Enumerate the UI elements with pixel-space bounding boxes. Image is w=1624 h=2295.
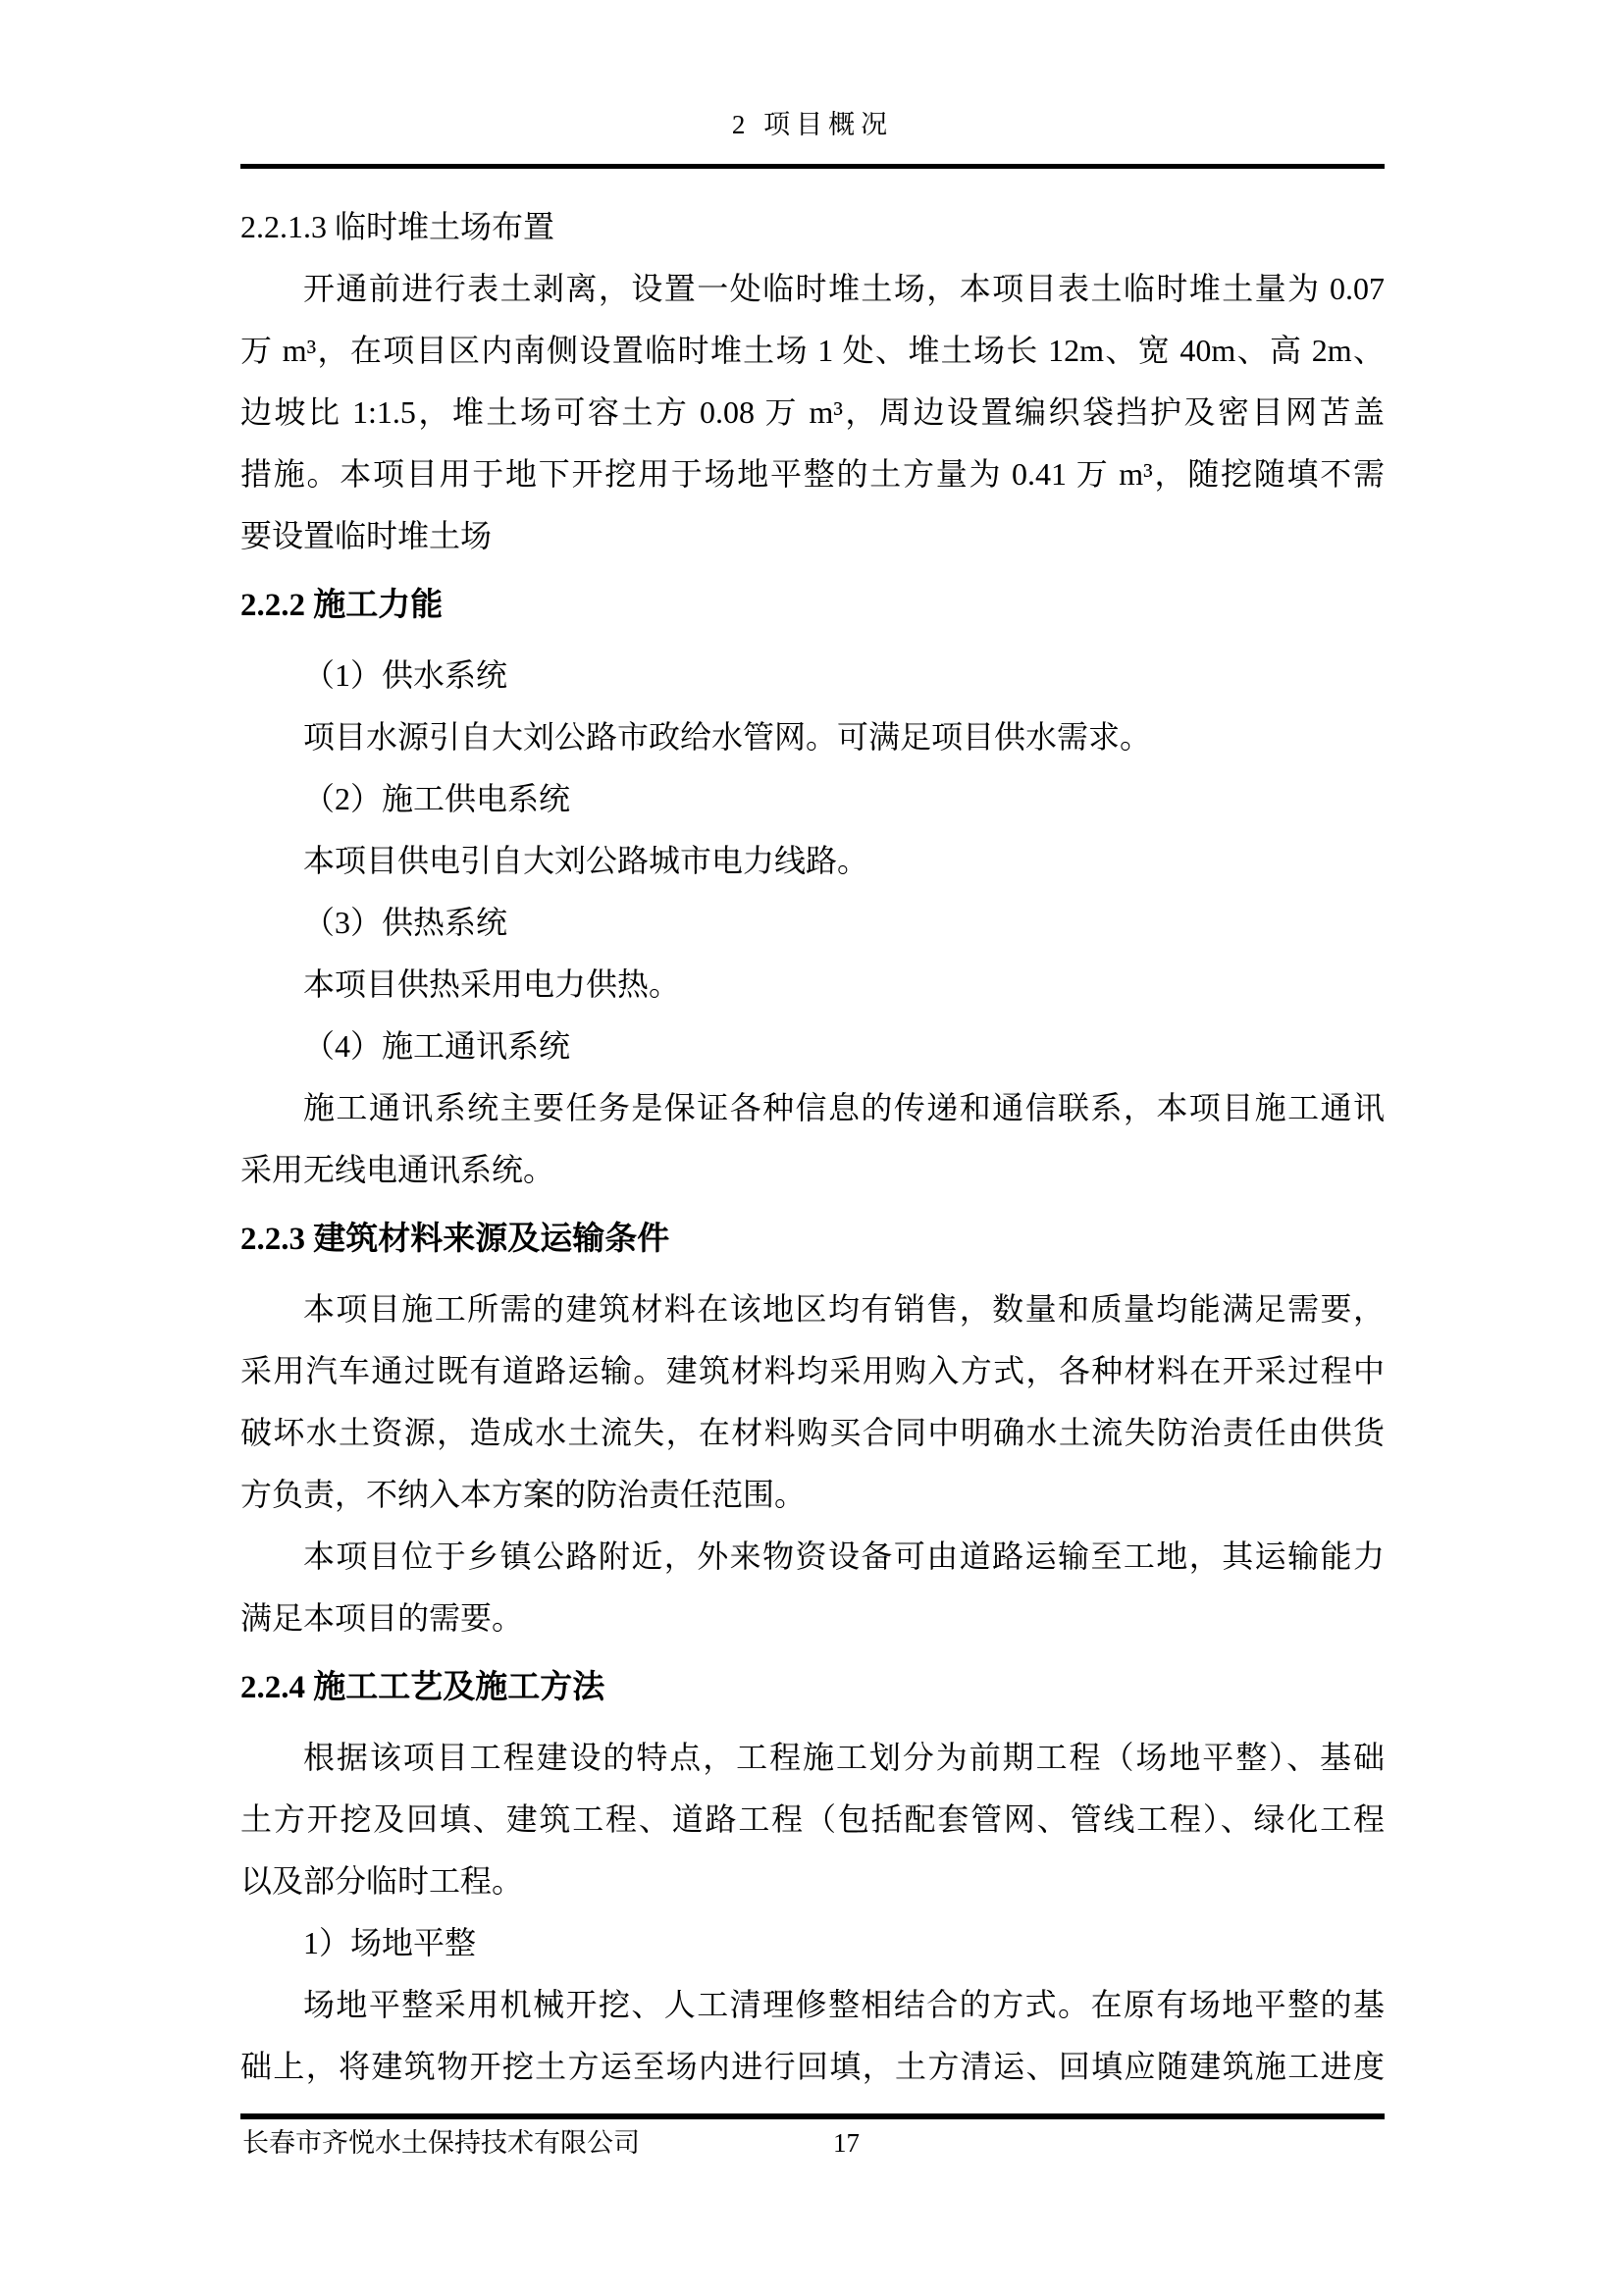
section-heading: 2.2.3 建筑材料来源及运输条件 — [240, 1209, 1385, 1271]
body-text-line: 1）场地平整 — [240, 1912, 1385, 1974]
section-heading: 2.2.2 施工力能 — [240, 575, 1385, 637]
document-body: 2.2.1.3 临时堆土场布置开通前进行表土剥离，设置一处临时堆土场，本项目表土… — [240, 196, 1385, 2098]
body-text-line: 采用无线电通讯系统。 — [240, 1139, 1385, 1201]
body-text-line: 破坏水土资源，造成水土流失，在材料购买合同中明确水土流失防治责任由供货 — [240, 1402, 1385, 1464]
body-text-line: （2）施工供电系统 — [240, 768, 1385, 830]
body-text-line: （1）供水系统 — [240, 645, 1385, 706]
body-text-line: 本项目位于乡镇公路附近，外来物资设备可由道路运输至工地，其运输能力 — [240, 1526, 1385, 1588]
body-text-line: 本项目施工所需的建筑材料在该地区均有销售，数量和质量均能满足需要， — [240, 1278, 1385, 1340]
body-text-line: （4）施工通讯系统 — [240, 1016, 1385, 1077]
body-text-line: 满足本项目的需要。 — [240, 1588, 1385, 1649]
body-text-line: 础上，将建筑物开挖土方运至场内进行回填，土方清运、回填应随建筑施工进度 — [240, 2036, 1385, 2098]
chapter-header: 2 项目概况 — [240, 108, 1385, 141]
section-heading: 2.2.4 施工工艺及施工方法 — [240, 1657, 1385, 1719]
body-text-line: 以及部分临时工程。 — [240, 1851, 1385, 1912]
body-text-line: 措施。本项目用于地下开挖用于场地平整的土方量为 0.41 万 m³，随挖随填不需 — [240, 443, 1385, 505]
body-text-line: 万 m³，在项目区内南侧设置临时堆土场 1 处、堆土场长 12m、宽 40m、高… — [240, 320, 1385, 382]
body-text-line: 土方开挖及回填、建筑工程、道路工程（包括配套管网、管线工程）、绿化工程 — [240, 1789, 1385, 1851]
body-text-line: 要设置临时堆土场 — [240, 505, 1385, 567]
header-rule — [240, 164, 1385, 169]
footer-rule — [240, 2113, 1385, 2119]
body-text-line: 根据该项目工程建设的特点，工程施工划分为前期工程（场地平整）、基础 — [240, 1727, 1385, 1789]
body-text-line: 场地平整采用机械开挖、人工清理修整相结合的方式。在原有场地平整的基 — [240, 1974, 1385, 2036]
body-text-line: 项目水源引自大刘公路市政给水管网。可满足项目供水需求。 — [240, 706, 1385, 768]
body-text-line: 边坡比 1:1.5，堆土场可容土方 0.08 万 m³，周边设置编织袋挡护及密目… — [240, 382, 1385, 443]
body-text-line: 采用汽车通过既有道路运输。建筑材料均采用购入方式，各种材料在开采过程中 — [240, 1340, 1385, 1402]
document-page: 2 项目概况 2.2.1.3 临时堆土场布置开通前进行表土剥离，设置一处临时堆土… — [0, 0, 1624, 2295]
body-text-line: 方负责，不纳入本方案的防治责任范围。 — [240, 1464, 1385, 1526]
section-heading: 2.2.1.3 临时堆土场布置 — [240, 196, 1385, 258]
page-number: 17 — [833, 2127, 860, 2159]
body-text-line: 本项目供热采用电力供热。 — [240, 954, 1385, 1016]
body-text-line: 施工通讯系统主要任务是保证各种信息的传递和通信联系，本项目施工通讯 — [240, 1077, 1385, 1139]
body-text-line: 本项目供电引自大刘公路城市电力线路。 — [240, 830, 1385, 892]
body-text-line: （3）供热系统 — [240, 892, 1385, 954]
footer-company-name: 长春市齐悦水土保持技术有限公司 — [242, 2127, 640, 2159]
body-text-line: 开通前进行表土剥离，设置一处临时堆土场，本项目表土临时堆土量为 0.07 — [240, 258, 1385, 320]
